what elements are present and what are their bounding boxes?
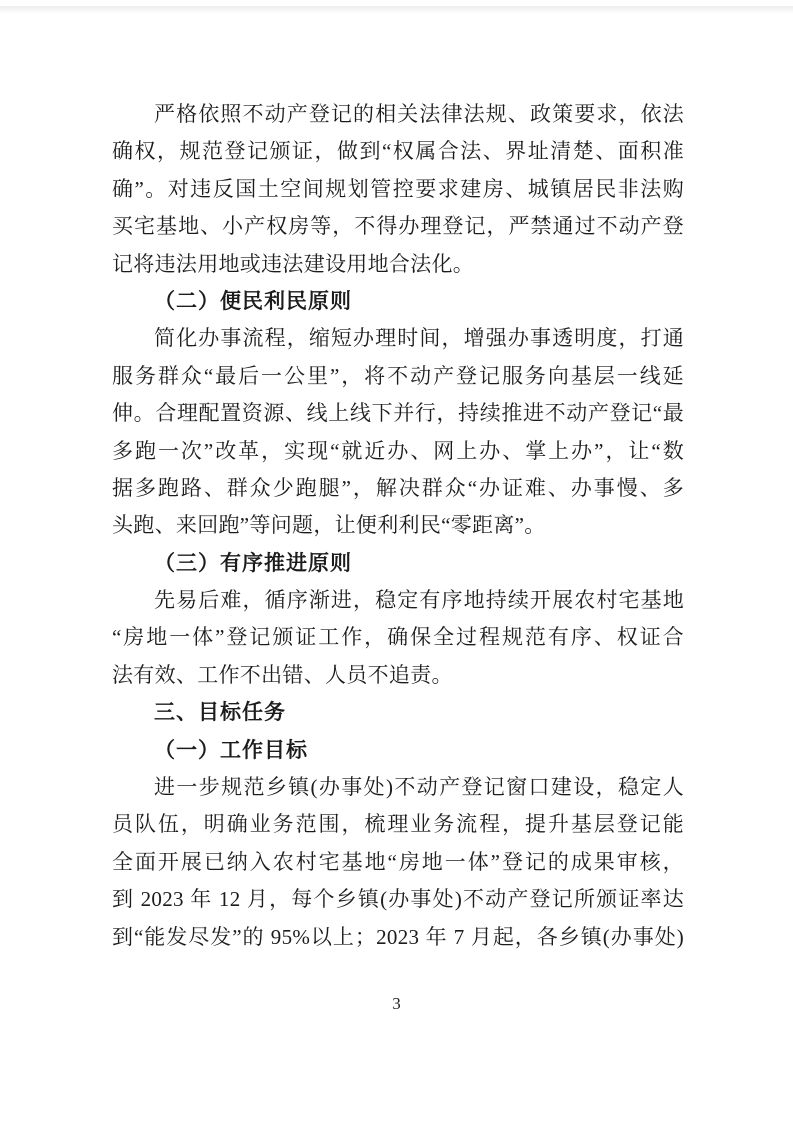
document-page: 严格依照不动产登记的相关法律法规、政策要求，依法确权，规范登记颁证，做到“权属合… <box>0 0 793 1122</box>
text-line: 先易后难，循序渐进，稳定有序地持续开展农村宅基地 <box>112 582 684 619</box>
paragraph: 简化办事流程，缩短办理时间，增强办事透明度，打通服务群众“最后一公里”，将不动产… <box>112 320 684 544</box>
text-line: 到 2023 年 12 月，每个乡镇(办事处)不动产登记所颁证率达 <box>112 881 684 918</box>
document-body: 严格依照不动产登记的相关法律法规、政策要求，依法确权，规范登记颁证，做到“权属合… <box>112 96 684 956</box>
paragraph: 严格依照不动产登记的相关法律法规、政策要求，依法确权，规范登记颁证，做到“权属合… <box>112 96 684 283</box>
scan-edge-artifact <box>0 6 793 14</box>
page-number: 3 <box>392 994 401 1013</box>
text-line: 全面开展已纳入农村宅基地“房地一体”登记的成果审核， <box>112 844 684 881</box>
text-line: 确权，规范登记颁证，做到“权属合法、界址清楚、面积准 <box>112 133 684 170</box>
section-heading: （三）有序推进原则 <box>112 545 684 582</box>
text-line: 三、目标任务 <box>112 694 684 731</box>
text-line: （二）便民利民原则 <box>112 283 684 320</box>
section-heading: （二）便民利民原则 <box>112 283 684 320</box>
text-line: （三）有序推进原则 <box>112 545 684 582</box>
text-line: 进一步规范乡镇(办事处)不动产登记窗口建设，稳定人 <box>112 769 684 806</box>
text-line: 到“能发尽发”的 95%以上；2023 年 7 月起，各乡镇(办事处) <box>112 919 684 956</box>
text-line: 头跑、来回跑”等问题，让便利利民“零距离”。 <box>112 507 684 544</box>
text-line: 简化办事流程，缩短办理时间，增强办事透明度，打通 <box>112 320 684 357</box>
text-line: 确”。对违反国土空间规划管控要求建房、城镇居民非法购 <box>112 171 684 208</box>
text-line: 法有效、工作不出错、人员不追责。 <box>112 657 684 694</box>
text-line: （一）工作目标 <box>112 732 684 769</box>
text-line: 严格依照不动产登记的相关法律法规、政策要求，依法 <box>112 96 684 133</box>
text-line: “房地一体”登记颁证工作，确保全过程规范有序、权证合 <box>112 619 684 656</box>
paragraph: 进一步规范乡镇(办事处)不动产登记窗口建设，稳定人员队伍，明确业务范围，梳理业务… <box>112 769 684 956</box>
text-line: 买宅基地、小产权房等，不得办理登记，严禁通过不动产登 <box>112 208 684 245</box>
text-line: 多跑一次”改革，实现“就近办、网上办、掌上办”，让“数 <box>112 433 684 470</box>
page-footer: 3 <box>0 994 793 1014</box>
section-heading: （一）工作目标 <box>112 732 684 769</box>
text-line: 记将违法用地或违法建设用地合法化。 <box>112 246 684 283</box>
section-heading: 三、目标任务 <box>112 694 684 731</box>
text-line: 据多跑路、群众少跑腿”，解决群众“办证难、办事慢、多 <box>112 470 684 507</box>
paragraph: 先易后难，循序渐进，稳定有序地持续开展农村宅基地“房地一体”登记颁证工作，确保全… <box>112 582 684 694</box>
text-line: 伸。合理配置资源、线上线下并行，持续推进不动产登记“最 <box>112 395 684 432</box>
text-line: 服务群众“最后一公里”，将不动产登记服务向基层一线延 <box>112 358 684 395</box>
text-line: 员队伍，明确业务范围，梳理业务流程，提升基层登记能力。 <box>112 806 684 843</box>
